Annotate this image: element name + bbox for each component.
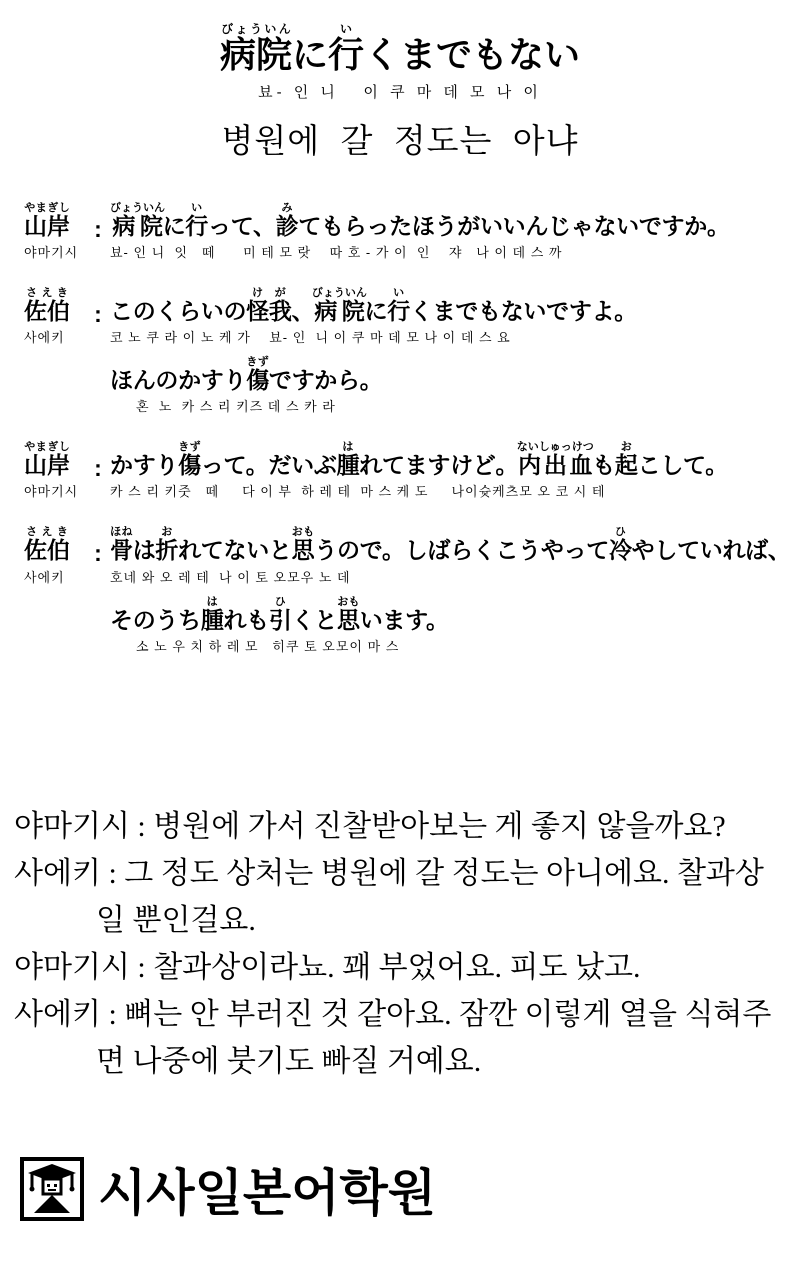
title-pronunciation: 뵤- 인 니 이 쿠 마 데 모 나 이 xyxy=(0,81,800,102)
translation-line: 사에키 : 그 정도 상처는 병원에 갈 정도는 아니에요. 찰과상 일 뿐인걸… xyxy=(14,850,794,944)
dialogue-line: かすり傷きずって。だいぶ腫はれてますけど。内出血ないしゅっけつも起おこして。 카… xyxy=(110,441,796,500)
translation-section: 야마기시 : 병원에 가서 진찰받아보는 게 좋지 않을까요? 사에키 : 그 … xyxy=(14,803,794,1085)
dialogue-line: 骨ほねは折おれてないと思おもうので。しばらくこうやって冷ひやしていれば、 호네 … xyxy=(110,526,796,585)
dialogue-lines: 骨ほねは折おれてないと思おもうので。しばらくこうやって冷ひやしていれば、 호네 … xyxy=(110,526,796,664)
dialogue-japanese: そのうち腫はれも引ひくと思おもいます。 xyxy=(110,596,796,632)
dialogue-pronunciation: 카 스 리 키줏 떼 다 이 부 하 레 테 마 스 케 도 나이슛케츠모 오 … xyxy=(110,481,796,500)
speaker-name-japanese: 山岸やまぎし xyxy=(24,441,86,477)
dialogue-lines: 病院びょういんに行いって、診みてもらったほうがいいんじゃないですか。 뵤- 인 … xyxy=(110,202,796,271)
dialogue-pronunciation: 혼 노 카 스 리 키즈 데 스 카 라 xyxy=(110,396,796,415)
dialogue-colon: : xyxy=(86,287,110,328)
dialogue-section: 山岸やまぎし 야마기시 : 病院びょういんに行いって、診みてもらったほうがいいん… xyxy=(24,202,796,665)
dialogue-speaker: 佐伯さえき 사에키 xyxy=(24,526,86,585)
title-korean: 병원에 갈 정도는 아냐 xyxy=(0,115,800,162)
translation-speaker: 사에키 xyxy=(14,998,101,1031)
translation-text: 찰과상이라뇨. 꽤 부었어요. 피도 났고. xyxy=(153,951,640,984)
dialogue-row: 佐伯さえき 사에키 : このくらいの怪我けが、病院びょういんに行いくまでもないで… xyxy=(24,287,796,425)
dialogue-row: 佐伯さえき 사에키 : 骨ほねは折おれてないと思おもうので。しばらくこうやって冷… xyxy=(24,526,796,664)
speaker-name-japanese: 佐伯さえき xyxy=(24,287,86,323)
translation-speaker: 사에키 xyxy=(14,857,101,890)
dialogue-pronunciation: 코 노 쿠 라 이 노 케 가 뵤- 인 니 이 쿠 마 데 모 나 이 데 스… xyxy=(110,327,796,346)
dialogue-pronunciation: 호네 와 오 레 테 나 이 토 오모우 노 데 xyxy=(110,567,796,586)
speaker-name-japanese: 佐伯さえき xyxy=(24,526,86,562)
translation-text: 병원에 가서 진찰받아보는 게 좋지 않을까요? xyxy=(153,810,725,843)
translation-separator: : xyxy=(101,857,124,890)
speaker-name-korean: 야마기시 xyxy=(24,242,86,261)
dialogue-japanese: ほんのかすり傷きずですから。 xyxy=(110,356,796,392)
dialogue-line: このくらいの怪我けが、病院びょういんに行いくまでもないですよ。 코 노 쿠 라 … xyxy=(110,287,796,346)
worksheet-page: 病院びょういんに行いくまでもない 뵤- 인 니 이 쿠 마 데 모 나 이 병원… xyxy=(0,0,800,1271)
dialogue-speaker: 山岸やまぎし 야마기시 xyxy=(24,441,86,500)
translation-separator: : xyxy=(101,998,124,1031)
academy-logo-text: 시사일본어학원 xyxy=(98,1153,436,1225)
translation-text: 그 정도 상처는 병원에 갈 정도는 아니에요. 찰과상 일 뿐인걸요. xyxy=(96,857,764,937)
dialogue-lines: このくらいの怪我けが、病院びょういんに行いくまでもないですよ。 코 노 쿠 라 … xyxy=(110,287,796,425)
dialogue-line: 病院びょういんに行いって、診みてもらったほうがいいんじゃないですか。 뵤- 인 … xyxy=(110,202,796,261)
translation-speaker: 야마기시 xyxy=(14,810,130,843)
dialogue-speaker: 山岸やまぎし 야마기시 xyxy=(24,202,86,261)
translation-separator: : xyxy=(130,951,153,984)
dialogue-pronunciation: 소 노 우 치 하 레 모 히쿠 토 오모이 마 스 xyxy=(110,636,796,655)
dialogue-japanese: このくらいの怪我けが、病院びょういんに行いくまでもないですよ。 xyxy=(110,287,796,323)
dialogue-row: 山岸やまぎし 야마기시 : かすり傷きずって。だいぶ腫はれてますけど。内出血ない… xyxy=(24,441,796,510)
translation-separator: : xyxy=(130,810,153,843)
dialogue-line: ほんのかすり傷きずですから。 혼 노 카 스 리 키즈 데 스 카 라 xyxy=(110,356,796,415)
dialogue-colon: : xyxy=(86,526,110,567)
dialogue-lines: かすり傷きずって。だいぶ腫はれてますけど。内出血ないしゅっけつも起おこして。 카… xyxy=(110,441,796,510)
translation-line: 사에키 : 뼈는 안 부러진 것 같아요. 잠깐 이렇게 열을 식혀주 면 나중… xyxy=(14,991,794,1085)
dialogue-line: そのうち腫はれも引ひくと思おもいます。 소 노 우 치 하 레 모 히쿠 토 오… xyxy=(110,596,796,655)
dialogue-speaker: 佐伯さえき 사에키 xyxy=(24,287,86,346)
speaker-name-korean: 사에키 xyxy=(24,567,86,586)
dialogue-japanese: かすり傷きずって。だいぶ腫はれてますけど。内出血ないしゅっけつも起おこして。 xyxy=(110,441,796,477)
graduate-icon xyxy=(20,1157,84,1221)
speaker-name-japanese: 山岸やまぎし xyxy=(24,202,86,238)
speaker-name-korean: 야마기시 xyxy=(24,481,86,500)
title-japanese: 病院びょういんに行いくまでもない xyxy=(0,22,800,74)
dialogue-row: 山岸やまぎし 야마기시 : 病院びょういんに行いって、診みてもらったほうがいいん… xyxy=(24,202,796,271)
dialogue-japanese: 病院びょういんに行いって、診みてもらったほうがいいんじゃないですか。 xyxy=(110,202,796,238)
dialogue-japanese: 骨ほねは折おれてないと思おもうので。しばらくこうやって冷ひやしていれば、 xyxy=(110,526,796,562)
footer: 시사일본어학원 xyxy=(20,1153,436,1225)
dialogue-colon: : xyxy=(86,441,110,482)
dialogue-pronunciation: 뵤- 인 니 잇 떼 미 테 모 랏 따 호 - 가 이 인 쟈 나 이 데 스… xyxy=(110,242,796,261)
translation-text: 뼈는 안 부러진 것 같아요. 잠깐 이렇게 열을 식혀주 면 나중에 붓기도 … xyxy=(96,998,771,1078)
dialogue-colon: : xyxy=(86,202,110,243)
translation-line: 야마기시 : 병원에 가서 진찰받아보는 게 좋지 않을까요? xyxy=(14,803,794,850)
translation-line: 야마기시 : 찰과상이라뇨. 꽤 부었어요. 피도 났고. xyxy=(14,944,794,991)
speaker-name-korean: 사에키 xyxy=(24,327,86,346)
translation-speaker: 야마기시 xyxy=(14,951,130,984)
title-block: 病院びょういんに行いくまでもない 뵤- 인 니 이 쿠 마 데 모 나 이 병원… xyxy=(0,0,800,162)
